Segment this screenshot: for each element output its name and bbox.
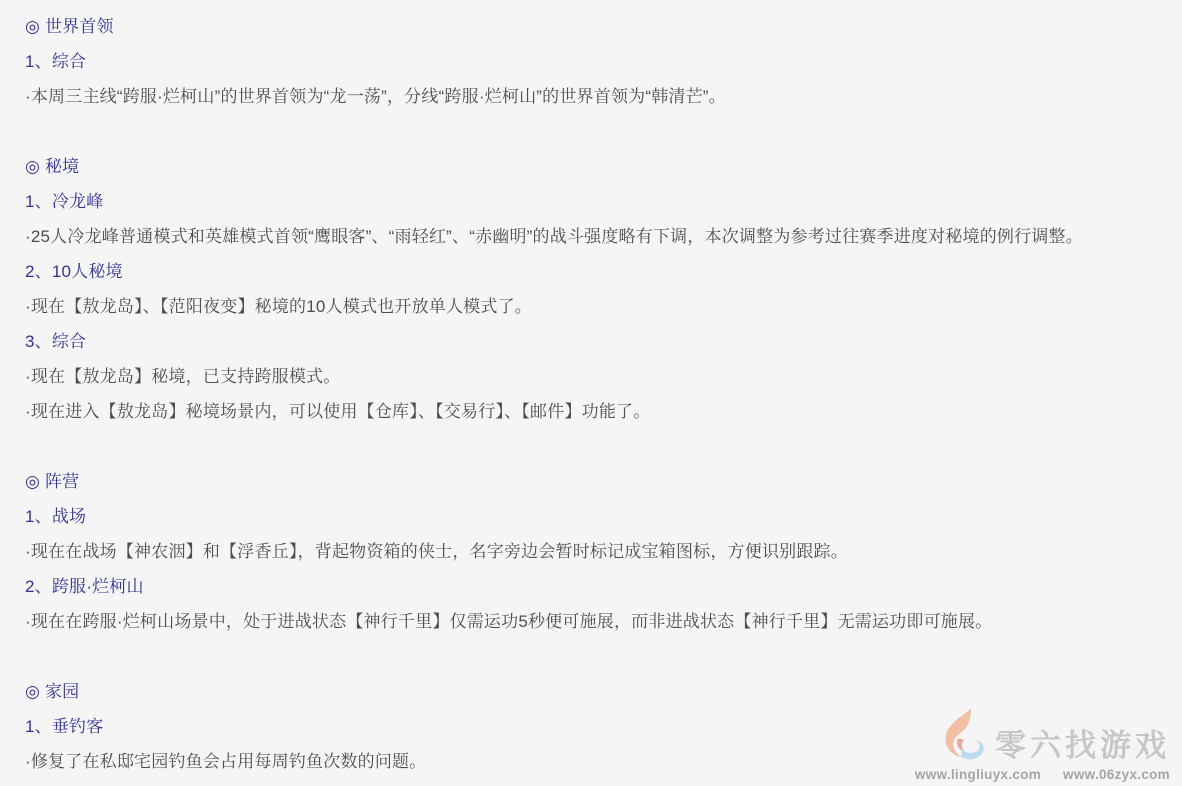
subsection-heading: 1、冷龙峰 — [25, 184, 1172, 219]
section-secret-realm: ◎ 秘境 1、冷龙峰 ·25人冷龙峰普通模式和英雄模式首领“鹰眼客”、“雨轻红”… — [25, 149, 1172, 429]
watermark-urls: www.lingliuyx.com www.06zyx.com — [915, 767, 1170, 782]
patch-note-line: ·现在【敖龙岛】秘境，已支持跨服模式。 — [25, 359, 1172, 394]
patch-note-line: ·现在进入【敖龙岛】秘境场景内，可以使用【仓库】、【交易行】、【邮件】功能了。 — [25, 394, 1172, 429]
section-faction: ◎ 阵营 1、战场 ·现在在战场【神农洇】和【浮香丘】，背起物资箱的侠士，名字旁… — [25, 464, 1172, 639]
patch-note-line: ·现在在跨服·烂柯山场景中，处于进战状态【神行千里】仅需运功5秒便可施展，而非进… — [25, 604, 1172, 639]
section-world-boss: ◎ 世界首领 1、综合 ·本周三主线“跨服·烂柯山”的世界首领为“龙一荡”，分线… — [25, 9, 1172, 114]
section-title: ◎ 秘境 — [25, 149, 1172, 184]
section-title: ◎ 世界首领 — [25, 9, 1172, 44]
section-title: ◎ 家园 — [25, 674, 1172, 709]
patch-notes-content: ◎ 世界首领 1、综合 ·本周三主线“跨服·烂柯山”的世界首领为“龙一荡”，分线… — [25, 9, 1172, 779]
subsection-heading: 3、综合 — [25, 324, 1172, 359]
subsection-heading: 1、综合 — [25, 44, 1172, 79]
patch-note-line: ·25人冷龙峰普通模式和英雄模式首领“鹰眼客”、“雨轻红”、“赤幽明”的战斗强度… — [25, 219, 1172, 254]
patch-note-line: ·本周三主线“跨服·烂柯山”的世界首领为“龙一荡”，分线“跨服·烂柯山”的世界首… — [25, 79, 1172, 114]
section-title: ◎ 阵营 — [25, 464, 1172, 499]
patch-note-line: ·现在【敖龙岛】、【范阳夜变】秘境的10人模式也开放单人模式了。 — [25, 289, 1172, 324]
subsection-heading: 1、战场 — [25, 499, 1172, 534]
watermark-url-right: www.06zyx.com — [1063, 767, 1170, 782]
subsection-heading: 2、10人秘境 — [25, 254, 1172, 289]
brand-name: 零六找游戏 — [995, 730, 1170, 765]
flame-swirl-icon — [933, 707, 989, 765]
watermark-brand-row: 零六找游戏 — [933, 707, 1170, 765]
site-watermark: 零六找游戏 www.lingliuyx.com www.06zyx.com — [915, 707, 1170, 782]
watermark-url-left: www.lingliuyx.com — [915, 767, 1041, 782]
subsection-heading: 2、跨服·烂柯山 — [25, 569, 1172, 604]
patch-note-line: ·现在在战场【神农洇】和【浮香丘】，背起物资箱的侠士，名字旁边会暂时标记成宝箱图… — [25, 534, 1172, 569]
